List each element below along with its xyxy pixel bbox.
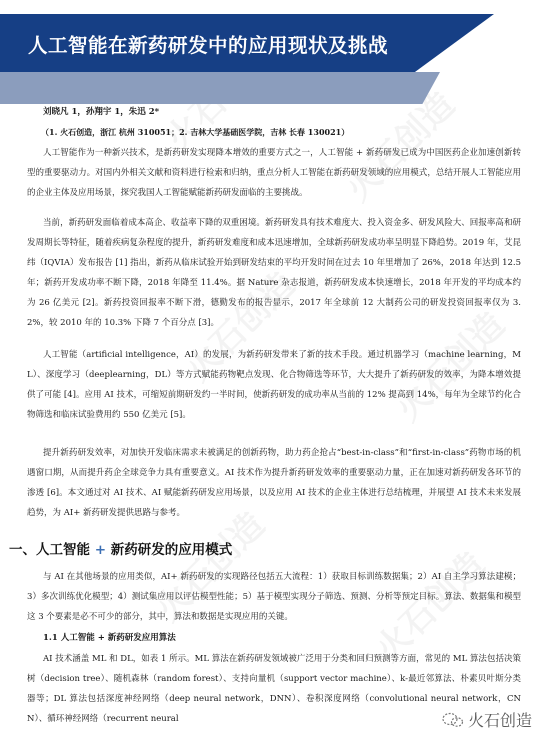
affiliations: （1. 火石创造，浙江 杭州 310051；2. 吉林大学基础医学院，吉林 长春… [41, 127, 521, 141]
title-banner: 人工智能在新药研发中的应用现状及挑战 [0, 14, 544, 90]
wechat-icon [442, 712, 464, 728]
section-heading-suffix: 新药研发的应用模式 [111, 542, 233, 558]
section-heading: 一、人工智能 + 新药研发的应用模式 [9, 537, 521, 567]
body-paragraph: 与 AI 在其他场景的应用类似，AI+ 新药研发的实现路径包括五大流程：1）获取… [27, 567, 521, 627]
section-heading-prefix: 一、人工智能 [9, 542, 90, 558]
body-paragraph: 当前，新药研发面临着成本高企、收益率下降的双重困境。新药研发具有技术难度大、投入… [27, 213, 521, 333]
article-body: 刘晓凡 1，孙翔宇 1，朱迅 2* （1. 火石创造，浙江 杭州 310051；… [27, 100, 521, 729]
abstract-paragraph: 人工智能作为一种新兴技术，是新药研发实现降本增效的重要方式之一，人工智能 + 新… [27, 143, 521, 203]
subsection-heading: 1.1 人工智能 + 新药研发应用算法 [43, 627, 521, 649]
section-heading-plus: + [95, 542, 106, 558]
body-paragraph: 人工智能（artificial intelligence，AI）的发展，为新药研… [27, 345, 521, 425]
article-title: 人工智能在新药研发中的应用现状及挑战 [28, 30, 388, 58]
body-paragraph: 提升新药研发效率，对加快开发临床需求未被满足的创新药物，助力药企抢占“best-… [27, 443, 521, 523]
watermark-label: 火石创造 [468, 708, 532, 731]
author-list: 刘晓凡 1，孙翔宇 1，朱迅 2* [43, 105, 521, 121]
wechat-watermark: 火石创造 [438, 708, 536, 731]
